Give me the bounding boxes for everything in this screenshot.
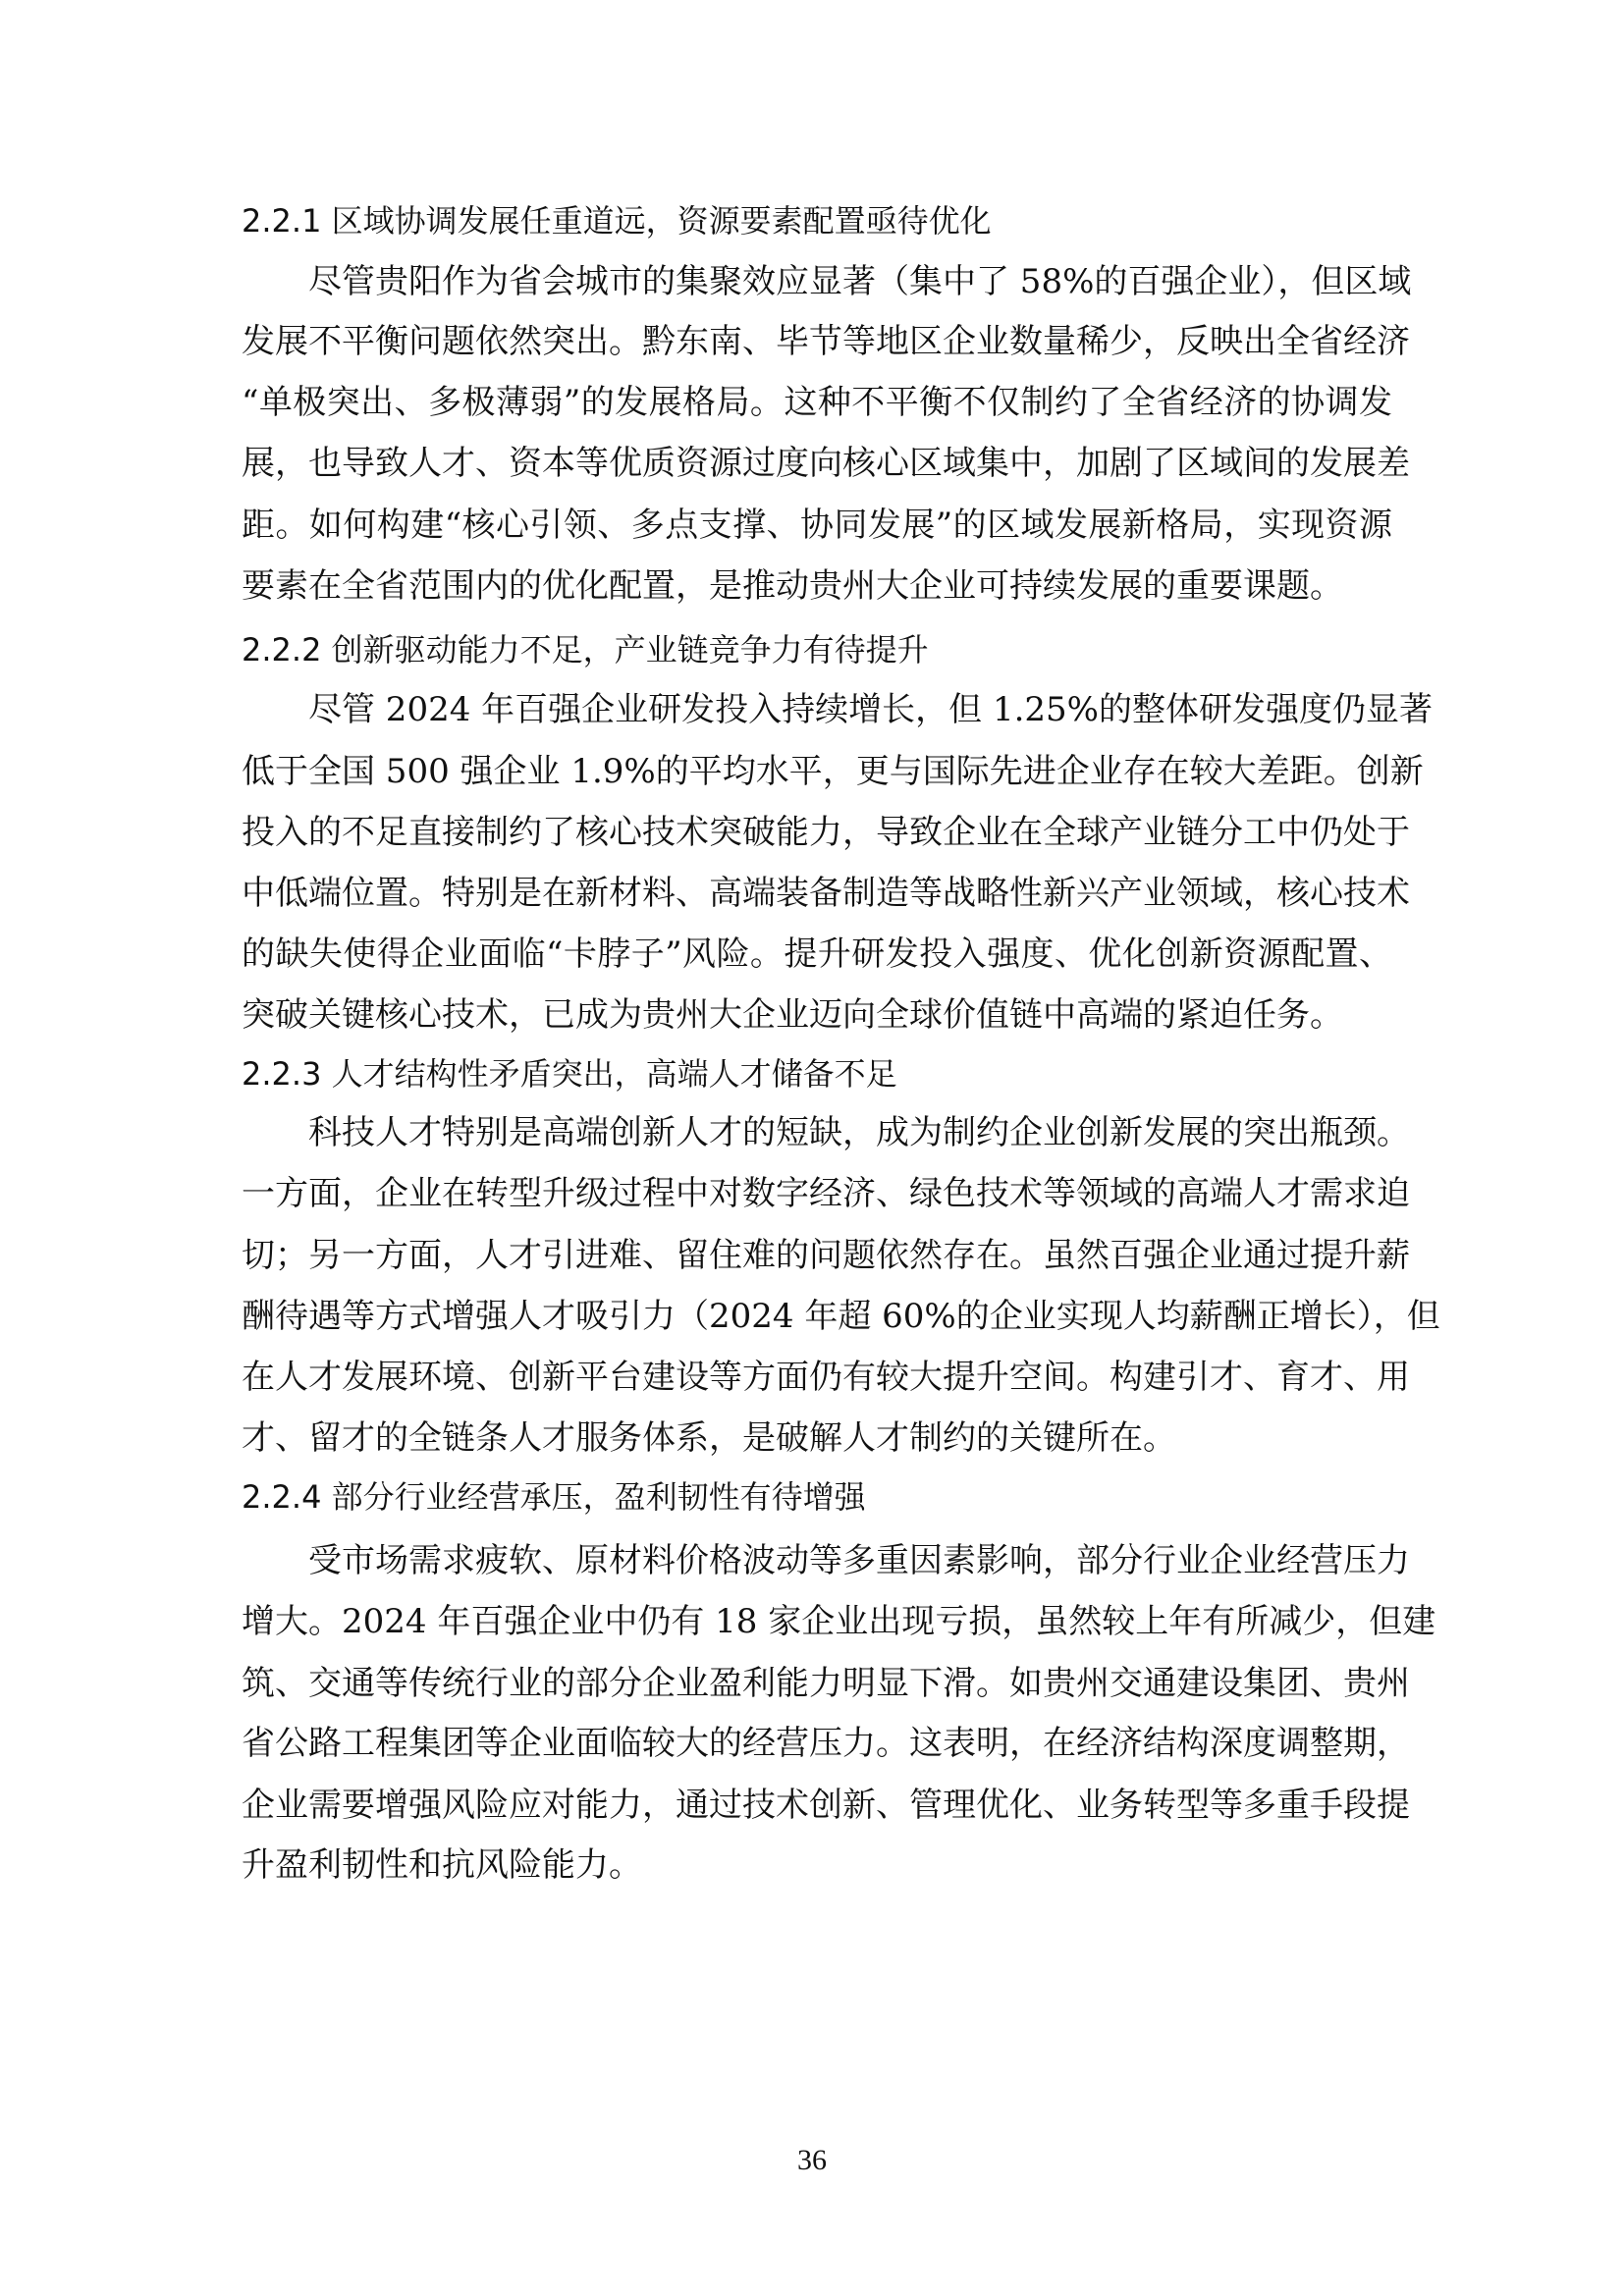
paragraph-line: 在人才发展环境、创新平台建设等方面仍有较大提升空间。构建引才、育才、用 bbox=[242, 1347, 1392, 1408]
page-number: 36 bbox=[0, 2144, 1624, 2177]
section-heading-2-2-1: 2.2.1 区域协调发展任重道远，资源要素配置亟待优化 bbox=[242, 190, 1392, 251]
paragraph-line: 的缺失使得企业面临“卡脖子”风险。提升研发投入强度、优化创新资源配置、 bbox=[242, 924, 1392, 985]
paragraph-line: 切；另一方面，人才引进难、留住难的问题依然存在。虽然百强企业通过提升薪 bbox=[242, 1225, 1392, 1286]
paragraph-line: 要素在全省范围内的优化配置，是推动贵州大企业可持续发展的重要课题。 bbox=[242, 556, 1392, 616]
paragraph-line: 受市场需求疲软、原材料价格波动等多重因素影响，部分行业企业经营压力 bbox=[242, 1530, 1392, 1591]
paragraph-line: 酬待遇等方式增强人才吸引力（2024 年超 60%的企业实现人均薪酬正增长），但 bbox=[242, 1286, 1392, 1347]
paragraph-line: 省公路工程集团等企业面临较大的经营压力。这表明，在经济结构深度调整期， bbox=[242, 1713, 1392, 1774]
paragraph-line: 增大。2024 年百强企业中仍有 18 家企业出现亏损，虽然较上年有所减少，但建 bbox=[242, 1591, 1392, 1652]
paragraph-line: 科技人才特别是高端创新人才的短缺，成为制约企业创新发展的突出瓶颈。 bbox=[242, 1102, 1392, 1163]
paragraph-line: 中低端位置。特别是在新材料、高端装备制造等战略性新兴产业领域，核心技术 bbox=[242, 863, 1392, 924]
paragraph-line: 尽管 2024 年百强企业研发投入持续增长，但 1.25%的整体研发强度仍显著 bbox=[242, 679, 1392, 740]
paragraph-line: 筑、交通等传统行业的部分企业盈利能力明显下滑。如贵州交通建设集团、贵州 bbox=[242, 1653, 1392, 1714]
paragraph-line: 发展不平衡问题依然突出。黔东南、毕节等地区企业数量稀少，反映出全省经济 bbox=[242, 311, 1392, 372]
section-heading-2-2-4: 2.2.4 部分行业经营承压，盈利韧性有待增强 bbox=[242, 1467, 1392, 1527]
paragraph-line: 企业需要增强风险应对能力，通过技术创新、管理优化、业务转型等多重手段提 bbox=[242, 1775, 1392, 1836]
paragraph-line: 距。如何构建“核心引领、多点支撑、协同发展”的区域发展新格局，实现资源 bbox=[242, 495, 1392, 556]
paragraph-line: 升盈利韧性和抗风险能力。 bbox=[242, 1835, 1392, 1896]
paragraph-line: 突破关键核心技术，已成为贵州大企业迈向全球价值链中高端的紧迫任务。 bbox=[242, 985, 1392, 1045]
paragraph-line: 一方面，企业在转型升级过程中对数字经济、绿色技术等领域的高端人才需求迫 bbox=[242, 1163, 1392, 1224]
paragraph-line: 低于全国 500 强企业 1.9%的平均水平，更与国际先进企业存在较大差距。创新 bbox=[242, 741, 1392, 802]
paragraph-line: 才、留才的全链条人才服务体系，是破解人才制约的关键所在。 bbox=[242, 1408, 1392, 1468]
paragraph-line: 展，也导致人才、资本等优质资源过度向核心区域集中，加剧了区域间的发展差 bbox=[242, 433, 1392, 494]
paragraph-line: “单极突出、多极薄弱”的发展格局。这种不平衡不仅制约了全省经济的协调发 bbox=[242, 372, 1392, 433]
section-heading-2-2-3: 2.2.3 人才结构性矛盾突出，高端人才储备不足 bbox=[242, 1043, 1392, 1104]
section-heading-2-2-2: 2.2.2 创新驱动能力不足，产业链竞争力有待提升 bbox=[242, 619, 1392, 680]
paragraph-line: 尽管贵阳作为省会城市的集聚效应显著（集中了 58%的百强企业），但区域 bbox=[242, 251, 1392, 312]
paragraph-line: 投入的不足直接制约了核心技术突破能力，导致企业在全球产业链分工中仍处于 bbox=[242, 802, 1392, 863]
